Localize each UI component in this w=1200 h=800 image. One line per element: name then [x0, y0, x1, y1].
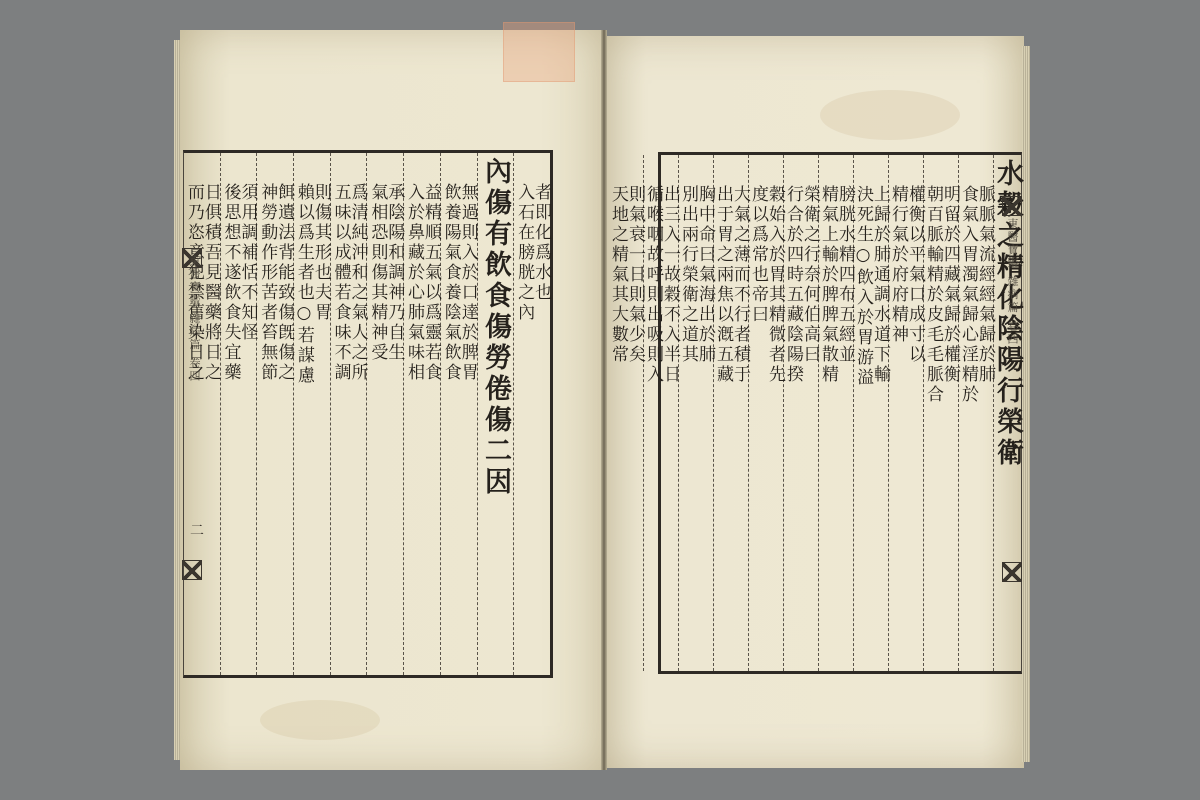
column-text-sub: 權衡以平氣口成寸以: [906, 185, 923, 671]
column-text-sub: 承陰陽和調神乃自生: [385, 183, 402, 675]
column-text: 氣相恐則傷其精神受: [368, 183, 385, 675]
right-spine-label: 東醫寶鑑 雜病篇 卷四: [1004, 218, 1020, 346]
right-text-column: 朝百脈輸精於皮毛毛脈合明留於四藏氣歸於權衡: [923, 155, 958, 671]
column-text: 入於鼻藏於心肺氣味相: [405, 183, 422, 675]
fish-tail-ornament-icon: [1002, 196, 1022, 216]
column-text-sub: 脈脈氣流經經氣歸於肺: [976, 185, 993, 671]
column-text: 賴以爲生者也○若謀慮: [295, 183, 312, 675]
right-text-column: 食氣入胃濁氣歸心淫精於脈脈氣流經經氣歸於肺: [958, 155, 993, 671]
watermark-seal: [503, 22, 575, 82]
column-text-sub: 須用調補恬不知怪: [239, 183, 256, 675]
column-text: 精行氣於府府精神: [889, 185, 906, 671]
column-text-sub: 餌遺法背能致傷旣傷之: [275, 183, 292, 675]
column-text-sub: 穀始入於胃其精微者先: [766, 185, 783, 671]
column-text-sub: 大氣之薄而不行者積于: [731, 185, 748, 671]
right-page-edges: [1022, 46, 1030, 762]
column-text: 入石在膀胱之內: [515, 183, 532, 675]
left-text-column: 入於鼻藏於心肺氣味相益精順五氣以爲靈若食: [403, 153, 440, 675]
left-text-column: 神勞動作形苦者笞無節餌遺法背能致傷旣傷之: [256, 153, 293, 675]
fish-tail-ornament-icon: [1002, 562, 1022, 582]
right-text-column: 行合於四時五藏陰陽揆榮衛之行奈何伯高曰: [783, 155, 818, 671]
column-text: 決死生○飲入於胃游溢: [854, 185, 871, 671]
left-text-column: 五味以成體若食味不調爲清純沖和之氣人之所: [330, 153, 367, 675]
column-text: 飲養陽氣食養陰氣飲食: [442, 183, 459, 675]
book-spread: 入石在膀胱之內者即化爲水也內傷有飲食傷勞倦傷二因飲養陽氣食養陰氣飲食無過則入於口…: [0, 0, 1200, 800]
column-text-sub: 日俱積吾見醫藥將日之: [202, 183, 219, 675]
left-text-column: 入石在膀胱之內者即化爲水也: [513, 153, 550, 675]
column-text-sub: 明留於四藏氣歸於權衡: [941, 185, 958, 671]
column-text-sub: 則傷其形也夫胃: [312, 183, 329, 675]
column-text: 行合於四時五藏陰陽揆: [784, 185, 801, 671]
left-text-column: 而乃恣意犯禁舊染日之日俱積吾見醫藥將日之: [184, 153, 220, 675]
leaf-number: 二: [190, 520, 204, 540]
left-text-column: 飲養陽氣食養陰氣飲食無過則入於口達於脾胃: [440, 153, 477, 675]
column-text: 出于胃之兩焦以漑五藏: [714, 185, 731, 671]
paper-stain: [260, 700, 380, 740]
right-text-column: 別出兩行榮衛之道其胸中命曰氣海出於肺: [678, 155, 713, 671]
column-text: 天地之精氣其大數常: [609, 185, 626, 671]
right-text-frame: 水穀之精化陰陽行榮衛食氣入胃濁氣歸心淫精於脈脈氣流經經氣歸於肺朝百脈輸精於皮毛毛…: [658, 152, 1022, 674]
paper-stain: [820, 90, 960, 140]
column-text: 朝百脈輸精於皮毛毛脈合: [924, 185, 941, 671]
column-text-sub: 膀胱水精四布五經並: [836, 185, 853, 671]
right-text-column: 循喉咽故呼則出吸則入出三入一故穀不入半日: [643, 155, 678, 671]
column-text-sub: 者即化爲水也: [532, 183, 549, 675]
column-text-sub: 榮衛之行奈何伯高曰: [801, 185, 818, 671]
column-text-sub: 益精順五氣以爲靈若食: [422, 183, 439, 675]
column-text-sub: 出三入一故穀不入半日: [661, 185, 678, 671]
left-columns: 入石在膀胱之內者即化爲水也內傷有飲食傷勞倦傷二因飲養陽氣食養陰氣飲食無過則入於口…: [184, 153, 550, 675]
right-text-column: 度以爲常也帝曰穀始入於胃其精微者先: [748, 155, 783, 671]
column-text: 精氣上輸於脾脾氣散精: [819, 185, 836, 671]
column-text: 度以爲常也帝曰: [749, 185, 766, 671]
column-text-sub: 則氣衰一日則氣少矣: [626, 185, 643, 671]
column-text: 後思想不遂飲食失宜藥: [222, 183, 239, 675]
right-text-column: 精行氣於府府精神權衡以平氣口成寸以: [888, 155, 923, 671]
right-columns: 水穀之精化陰陽行榮衛食氣入胃濁氣歸心淫精於脈脈氣流經經氣歸於肺朝百脈輸精於皮毛毛…: [661, 155, 1021, 671]
left-text-column: 氣相恐則傷其精神受承陰陽和調神乃自生: [366, 153, 403, 675]
section-heading: 內傷有飲食傷勞倦傷二因: [482, 157, 509, 675]
right-text-column: 決死生○飲入於胃游溢上歸於肺通調水道下輸: [853, 155, 888, 671]
left-text-column: 賴以爲生者也○若謀慮則傷其形也夫胃: [293, 153, 330, 675]
column-text-sub: 無過則入於口達於脾胃: [459, 183, 476, 675]
column-text: 五味以成體若食味不調: [332, 183, 349, 675]
book-gutter: [601, 30, 607, 770]
column-text-sub: 胸中命曰氣海出於肺: [696, 185, 713, 671]
left-text-column: 後思想不遂飲食失宜藥須用調補恬不知怪: [220, 153, 257, 675]
right-text-column: 精氣上輸於脾脾氣散精膀胱水精四布五經並: [818, 155, 853, 671]
column-text: 神勞動作形苦者笞無節: [258, 183, 275, 675]
column-text: 食氣入胃濁氣歸心淫精於: [959, 185, 976, 671]
left-text-column: 內傷有飲食傷勞倦傷二因: [477, 153, 514, 675]
column-text: 別出兩行榮衛之道其: [679, 185, 696, 671]
column-text-sub: 上歸於肺通調水道下輸: [871, 185, 888, 671]
left-text-frame: 入石在膀胱之內者即化爲水也內傷有飲食傷勞倦傷二因飲養陽氣食養陰氣飲食無過則入於口…: [183, 150, 553, 678]
left-spine-label: 東醫寶鑑 雜病篇 卷四: [186, 255, 202, 383]
right-text-column: 天地之精氣其大數常則氣衰一日則氣少矣: [609, 155, 643, 671]
fish-tail-ornament-icon: [182, 560, 202, 580]
right-text-column: 出于胃之兩焦以漑五藏大氣之薄而不行者積于: [713, 155, 748, 671]
column-text-sub: 爲清純沖和之氣人之所: [349, 183, 366, 675]
column-text: 循喉咽故呼則出吸則入: [644, 185, 661, 671]
